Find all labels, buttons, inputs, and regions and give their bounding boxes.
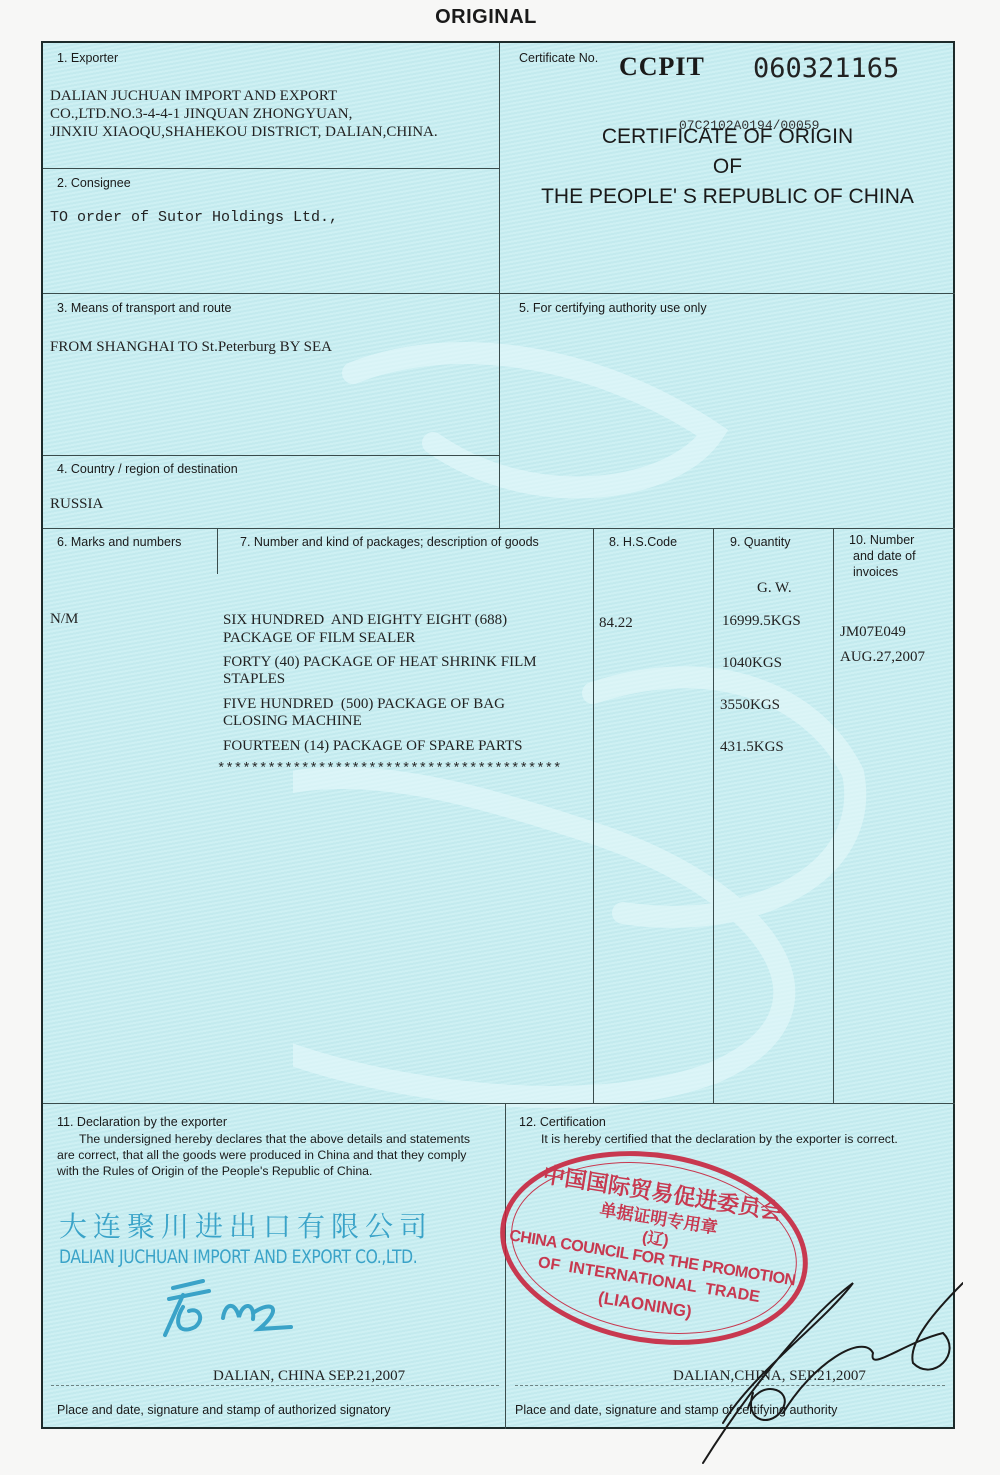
certificate-no-label: Certificate No. — [519, 51, 598, 65]
certificate-number: 060321165 — [753, 53, 899, 84]
exporter-line: DALIAN JUCHUAN IMPORT AND EXPORT — [50, 87, 337, 105]
marks-value: N/M — [50, 610, 78, 628]
destination-label: 4. Country / region of destination — [57, 462, 238, 476]
exporter-signatory-caption: Place and date, signature and stamp of a… — [57, 1403, 391, 1417]
goods-description: FOURTEEN (14) PACKAGE OF SPARE PARTS — [223, 737, 523, 755]
exporter-stamp-chinese: 大连聚川进出口有限公司 — [59, 1205, 433, 1245]
exporter-label: 1. Exporter — [57, 51, 118, 65]
hs-code-value: 84.22 — [599, 614, 633, 632]
authority-place-date: DALIAN,CHINA, SEP.21,2007 — [673, 1367, 866, 1385]
destination-value: RUSSIA — [50, 495, 103, 513]
authority-signature-icon — [663, 1243, 963, 1473]
certification-text: It is hereby certified that the declarat… — [541, 1131, 898, 1148]
goods-description: CLOSING MACHINE — [223, 712, 362, 730]
great-wall-watermark-icon — [293, 313, 913, 1133]
divider — [217, 528, 218, 574]
divider — [43, 293, 955, 294]
authority-use-label: 5. For certifying authority use only — [519, 301, 707, 315]
goods-description: SIX HUNDRED AND EIGHTY EIGHT (688) — [223, 611, 507, 629]
divider — [43, 1103, 955, 1104]
transport-value: FROM SHANGHAI TO St.Peterburg BY SEA — [50, 338, 332, 356]
invoice-number: JM07E049 — [840, 623, 906, 641]
quantity-unit: G. W. — [757, 579, 792, 597]
divider — [43, 528, 955, 529]
divider — [43, 168, 499, 169]
exporter-place-date: DALIAN, CHINA SEP.21,2007 — [213, 1367, 405, 1385]
invoice-header: 10. Number — [849, 533, 914, 547]
description-header: 7. Number and kind of packages; descript… — [240, 535, 539, 549]
goods-quantity: 431.5KGS — [720, 738, 784, 756]
invoice-date: AUG.27,2007 — [840, 648, 925, 666]
certificate-heading: CERTIFICATE OF ORIGIN — [500, 125, 955, 149]
goods-description: FORTY (40) PACKAGE OF HEAT SHRINK FILM — [223, 653, 537, 671]
divider — [593, 528, 594, 1103]
signature-line — [51, 1385, 499, 1386]
end-marker: ****************************************… — [217, 760, 561, 778]
quantity-header: 9. Quantity — [730, 535, 790, 549]
declaration-label: 11. Declaration by the exporter — [57, 1115, 227, 1129]
hs-code-header: 8. H.S.Code — [609, 535, 677, 549]
goods-description: FIVE HUNDRED (500) PACKAGE OF BAG — [223, 695, 505, 713]
certification-label: 12. Certification — [519, 1115, 606, 1129]
goods-description: STAPLES — [223, 670, 285, 688]
goods-quantity: 16999.5KGS — [722, 612, 801, 630]
exporter-line: CO.,LTD.NO.3-4-4-1 JINQUAN ZHONGYUAN, — [50, 105, 352, 123]
copy-label: ORIGINAL — [0, 6, 972, 29]
declaration-text: with the Rules of Origin of the People's… — [57, 1163, 372, 1180]
divider — [713, 528, 714, 1103]
invoice-header: invoices — [853, 565, 898, 579]
consignee-label: 2. Consignee — [57, 176, 131, 190]
divider — [499, 43, 500, 528]
invoice-header: and date of — [853, 549, 916, 563]
marks-header: 6. Marks and numbers — [57, 535, 181, 549]
consignee-value: TO order of Sutor Holdings Ltd., — [50, 209, 338, 227]
authority-signatory-caption: Place and date, signature and stamp of c… — [515, 1403, 837, 1417]
goods-quantity: 3550KGS — [720, 696, 780, 714]
divider — [43, 455, 499, 456]
goods-description: PACKAGE OF FILM SEALER — [223, 629, 415, 647]
divider — [833, 528, 834, 1103]
exporter-stamp-english: DALIAN JUCHUAN IMPORT AND EXPORT CO.,LTD… — [59, 1246, 417, 1268]
certificate-prefix: CCPIT — [619, 52, 705, 82]
transport-label: 3. Means of transport and route — [57, 301, 231, 315]
certificate-heading-of: OF — [500, 155, 955, 179]
declaration-text: The undersigned hereby declares that the… — [79, 1131, 470, 1148]
goods-quantity: 1040KGS — [722, 654, 782, 672]
certificate-form: 1. Exporter DALIAN JUCHUAN IMPORT AND EX… — [41, 41, 955, 1429]
declaration-text: are correct, that all the goods were pro… — [57, 1147, 466, 1164]
exporter-line: JINXIU XIAOQU,SHAHEKOU DISTRICT, DALIAN,… — [50, 123, 438, 141]
certificate-heading-country: THE PEOPLE' S REPUBLIC OF CHINA — [500, 185, 955, 209]
exporter-signature-icon — [143, 1273, 303, 1343]
